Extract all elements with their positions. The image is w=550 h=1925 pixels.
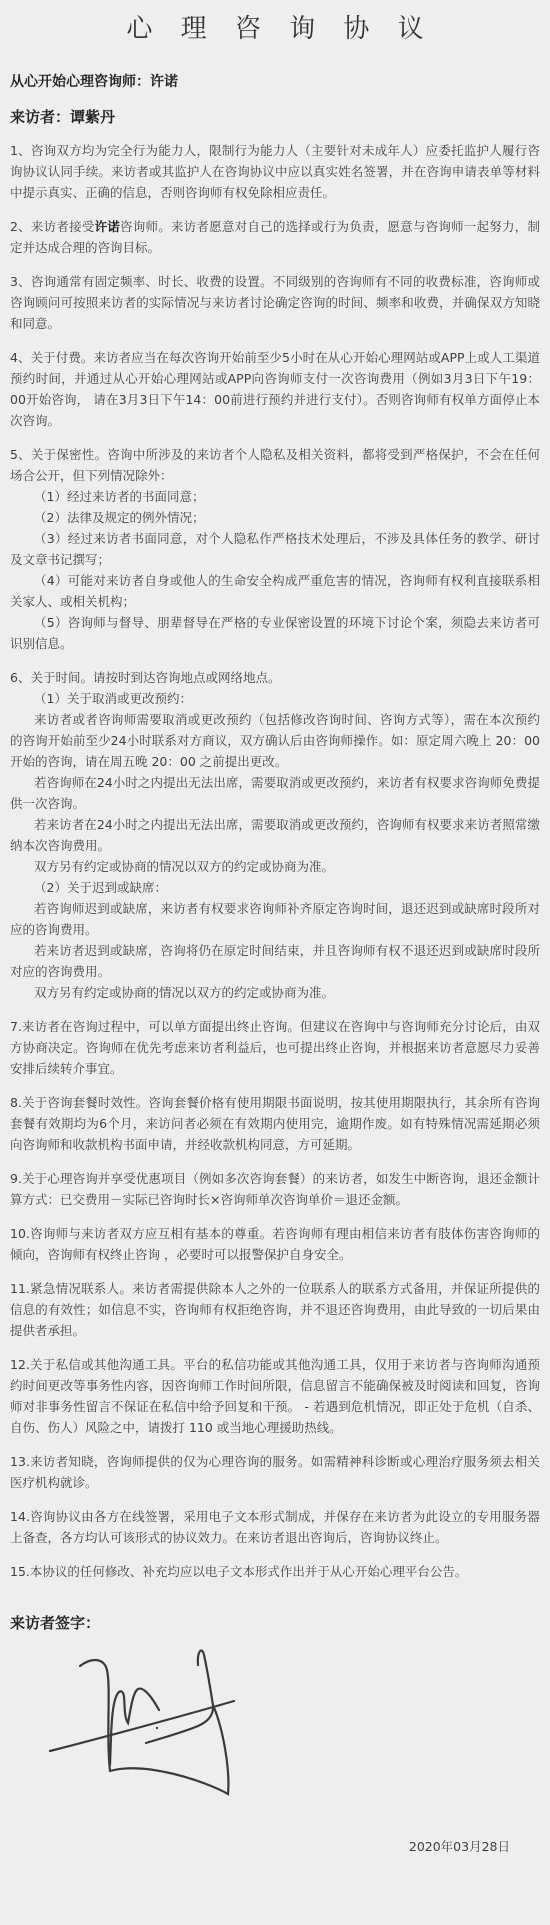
agreement-paragraph: （5）咨询师与督导、朋辈督导在严格的专业保密设置的环境下讨论个案，须隐去来访者可…	[10, 612, 540, 654]
agreement-paragraph: 10.咨询师与来访者双方应互相有基本的尊重。若咨询师有理由相信来访者有肢体伤害咨…	[10, 1223, 540, 1265]
agreement-body: 1、咨询双方均为完全行为能力人，限制行为能力人（主要针对未成年人）应委托监护人履…	[10, 140, 540, 1582]
agreement-paragraph: 1、咨询双方均为完全行为能力人，限制行为能力人（主要针对未成年人）应委托监护人履…	[10, 140, 540, 203]
agreement-paragraph: 15.本协议的任何修改、补充均应以电子文本形式作出并于从心开始心理平台公告。	[10, 1561, 540, 1582]
agreement-paragraph: 14.咨询协议由各方在线签署，采用电子文本形式制成，并保存在来访者为此设立的专用…	[10, 1506, 540, 1548]
agreement-paragraph: 12.关于私信或其他沟通工具。平台的私信功能或其他沟通工具，仅用于来访者与咨询师…	[10, 1354, 540, 1438]
agreement-paragraph: 来访者或者咨询师需要取消或更改预约（包括修改咨询时间、咨询方式等），需在本次预约…	[10, 709, 540, 772]
agreement-paragraph: 6、关于时间。请按时到达咨询地点或网络地点。	[10, 667, 540, 688]
agreement-paragraph: 若来访者迟到或缺席，咨询将仍在原定时间结束，并且咨询师有权不退还迟到或缺席时段所…	[10, 940, 540, 982]
agreement-paragraph: （1）经过来访者的书面同意；	[10, 486, 540, 507]
agreement-paragraph: 5、关于保密性。咨询中所涉及的来访者个人隐私及相关资料，都将受到严格保护，不会在…	[10, 444, 540, 486]
agreement-paragraph: 3、咨询通常有固定频率、时长、收费的设置。不同级别的咨询师有不同的收费标准，咨询…	[10, 271, 540, 334]
signature-date: 2020年03月28日	[10, 1837, 540, 1855]
agreement-paragraph: 11.紧急情况联系人。来访者需提供除本人之外的一位联系人的联系方式备用，并保证所…	[10, 1278, 540, 1341]
agreement-paragraph: （3）经过来访者书面同意，对个人隐私作严格技术处理后，不涉及具体任务的教学、研讨…	[10, 528, 540, 570]
visitor-name-line: 来访者：谭紫丹	[10, 106, 540, 127]
agreement-paragraph: （2）关于迟到或缺席：	[10, 877, 540, 898]
agreement-paragraph: （4）可能对来访者自身或他人的生命安全构成严重危害的情况，咨询师有权利直接联系相…	[10, 570, 540, 612]
agreement-document: 心 理 咨 询 协 议 从心开始心理咨询师：许诺 来访者：谭紫丹 1、咨询双方均…	[0, 0, 550, 1925]
agreement-paragraph: 2、来访者接受许诺咨询师。来访者愿意对自己的选择或行为负责，愿意与咨询师一起努力…	[10, 216, 540, 258]
agreement-paragraph: 双方另有约定或协商的情况以双方的约定或协商为准。	[10, 982, 540, 1003]
agreement-paragraph: 双方另有约定或协商的情况以双方的约定或协商为准。	[10, 856, 540, 877]
counselor-name-line: 从心开始心理咨询师：许诺	[10, 71, 540, 91]
agreement-paragraph: （1）关于取消或更改预约：	[10, 688, 540, 709]
agreement-paragraph: 4、关于付费。来访者应当在每次咨询开始前至少5小时在从心开始心理网站或APP上或…	[10, 347, 540, 431]
signature-scribble	[40, 1643, 250, 1803]
agreement-paragraph: 9.关于心理咨询并享受优惠项目（例如多次咨询套餐）的来访者，如发生中断咨询，退还…	[10, 1168, 540, 1210]
agreement-paragraph: （2）法律及规定的例外情况；	[10, 507, 540, 528]
agreement-paragraph: 若咨询师迟到或缺席，来访者有权要求咨询师补齐原定咨询时间，退还迟到或缺席时段所对…	[10, 898, 540, 940]
agreement-paragraph: 7.来访者在咨询过程中，可以单方面提出终止咨询。但建议在咨询中与咨询师充分讨论后…	[10, 1016, 540, 1079]
visitor-signature-label: 来访者签字：	[10, 1612, 540, 1633]
agreement-paragraph: 13.来访者知晓，咨询师提供的仅为心理咨询的服务。如需精神科诊断或心理治疗服务须…	[10, 1451, 540, 1493]
agreement-paragraph: 8.关于咨询套餐时效性。咨询套餐价格有使用期限书面说明，按其使用期限执行，其余所…	[10, 1092, 540, 1155]
agreement-paragraph: 若来访者在24小时之内提出无法出席，需要取消或更改预约，咨询师有权要求来访者照常…	[10, 814, 540, 856]
page-title: 心 理 咨 询 协 议	[10, 8, 540, 45]
agreement-paragraph: 若咨询师在24小时之内提出无法出席，需要取消或更改预约，来访者有权要求咨询师免费…	[10, 772, 540, 814]
